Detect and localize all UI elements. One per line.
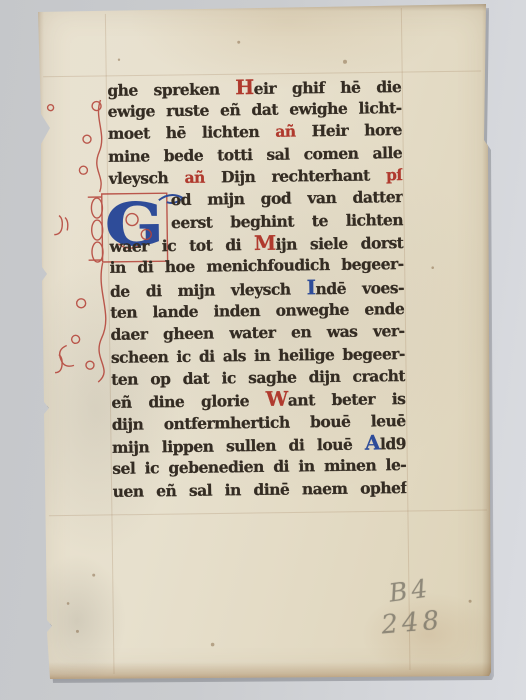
inline-initial: H xyxy=(235,75,254,99)
text-segment: ndē voes- xyxy=(315,278,404,298)
pencil-inscription-248: 248 xyxy=(380,605,444,640)
inline-initial: M xyxy=(254,231,276,255)
text-segment: od mijn god van datter xyxy=(171,187,403,209)
text-segment: eñ dine glorie xyxy=(111,391,266,412)
text-segment: ewige ruste eñ dat ewighe licht- xyxy=(108,98,402,121)
text-segment: ld9 xyxy=(380,434,406,453)
inline-initial: I xyxy=(307,276,316,299)
text-segment: ijn siele dorst xyxy=(276,233,404,254)
leaf-content: G xyxy=(0,0,526,700)
text-segment: moet hē lichten xyxy=(108,122,276,143)
text-segment: añ xyxy=(184,168,205,187)
text-segment: daer gheen water en was ver- xyxy=(110,321,404,344)
text-segment: Dijn rechterhant xyxy=(205,165,386,186)
inline-initial: W xyxy=(266,387,288,411)
text-segment: uen eñ sal in dinē naem ophef xyxy=(112,478,406,501)
text-segment: eir ghif hē die xyxy=(254,77,402,98)
text-segment: de di mijn vleysch xyxy=(110,279,307,301)
text-line: uen eñ sal in dinē naem ophef xyxy=(112,477,406,504)
text-segment: ghe spreken xyxy=(107,79,235,100)
text-segment: scheen ic di als in heilige begeer- xyxy=(111,344,405,367)
text-segment: eerst beghint te lichten xyxy=(171,210,403,232)
text-segment: Heir hore xyxy=(295,120,402,140)
pencil-inscription-b4: B4 xyxy=(387,573,433,607)
text-segment: ant beter is xyxy=(288,389,406,410)
text-segment: in di hoe menichfoudich begeer- xyxy=(110,254,404,277)
text-segment: mijn lippen sullen di louē xyxy=(112,435,365,457)
text-segment: ten lande inden onweghe ende xyxy=(110,299,404,322)
text-segment: dijn ontfermhertich bouē leuē xyxy=(112,411,406,434)
text-segment: sel ic gebenedien di in minen le- xyxy=(112,455,406,478)
text-segment: ten op dat ic saghe dijn cracht xyxy=(111,366,405,389)
inline-initial: A xyxy=(365,432,380,455)
text-segment: añ xyxy=(275,122,296,141)
text-segment: mine bede totti sal comen alle xyxy=(108,143,402,166)
text-segment: waer ic tot di xyxy=(109,235,254,256)
text-segment: pſ xyxy=(386,165,403,184)
text-segment: vleysch xyxy=(108,168,184,188)
